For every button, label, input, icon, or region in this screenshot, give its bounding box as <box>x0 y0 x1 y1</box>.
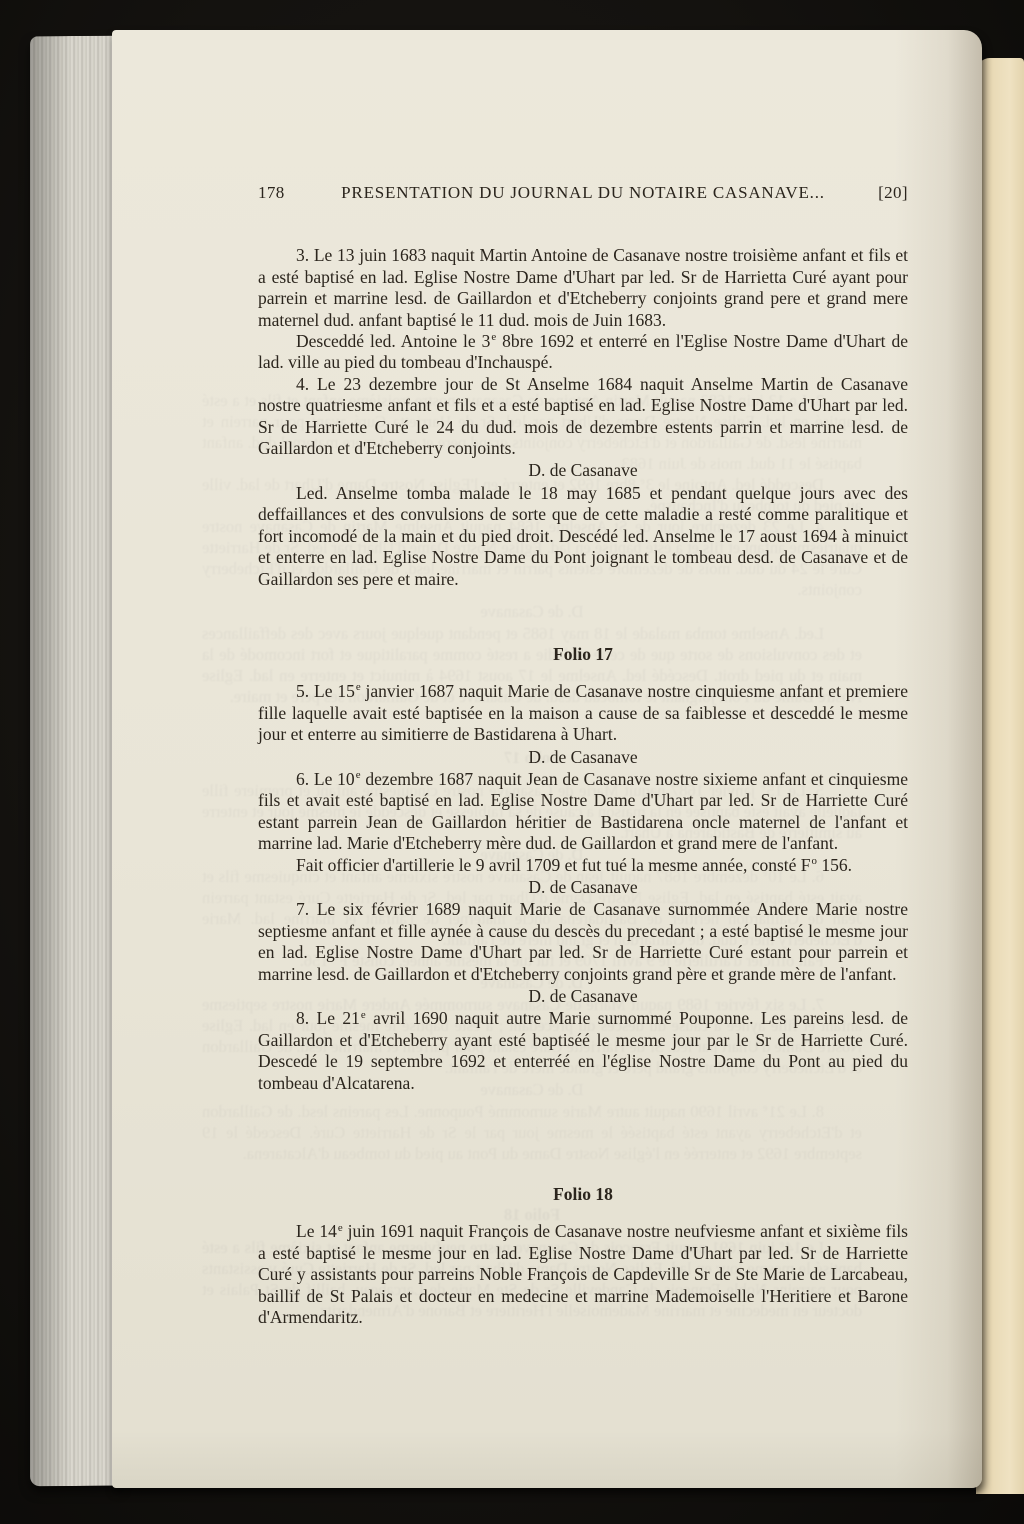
running-header: 178 PRESENTATION DU JOURNAL DU NOTAIRE C… <box>258 182 908 203</box>
page-content: 178 PRESENTATION DU JOURNAL DU NOTAIRE C… <box>258 182 908 1328</box>
signature: D. de Casanave <box>258 747 908 768</box>
paragraph: 3. Le 13 juin 1683 naquit Martin Antoine… <box>258 245 908 331</box>
book-page: 3. Le 13 juin 1683 naquit Martin Antoine… <box>112 30 982 1488</box>
paragraph: 4. Le 23 dezembre jour de St Anselme 168… <box>258 374 908 460</box>
header-title: PRESENTATION DU JOURNAL DU NOTAIRE CASAN… <box>328 182 838 203</box>
signature: D. de Casanave <box>258 986 908 1007</box>
paragraph: 8. Le 21e avril 1690 naquit autre Marie … <box>258 1008 908 1094</box>
folio-heading: Folio 18 <box>258 1184 908 1205</box>
paragraph: 5. Le 15e janvier 1687 naquit Marie de C… <box>258 681 908 745</box>
paragraph: Le 14e juin 1691 naquit François de Casa… <box>258 1221 908 1328</box>
signature: D. de Casanave <box>258 460 908 481</box>
folio-heading: Folio 17 <box>258 644 908 665</box>
book-photo: 3. Le 13 juin 1683 naquit Martin Antoine… <box>0 0 1024 1524</box>
signature: D. de Casanave <box>258 877 908 898</box>
paragraph: 7. Le six février 1689 naquit Marie de C… <box>258 899 908 985</box>
page-number: 178 <box>258 182 328 203</box>
paragraph: Desceddé led. Antoine le 3e 8bre 1692 et… <box>258 331 908 374</box>
facing-page-edge <box>976 58 1024 1494</box>
paragraph: Fait officier d'artillerie le 9 avril 17… <box>258 855 908 876</box>
text-body: 3. Le 13 juin 1683 naquit Martin Antoine… <box>258 245 908 1328</box>
folio-reference: [20] <box>838 182 908 203</box>
paragraph: 6. Le 10e dezembre 1687 naquit Jean de C… <box>258 769 908 855</box>
paragraph: Led. Anselme tomba malade le 18 may 1685… <box>258 483 908 590</box>
page-stack-edges <box>30 36 120 1487</box>
